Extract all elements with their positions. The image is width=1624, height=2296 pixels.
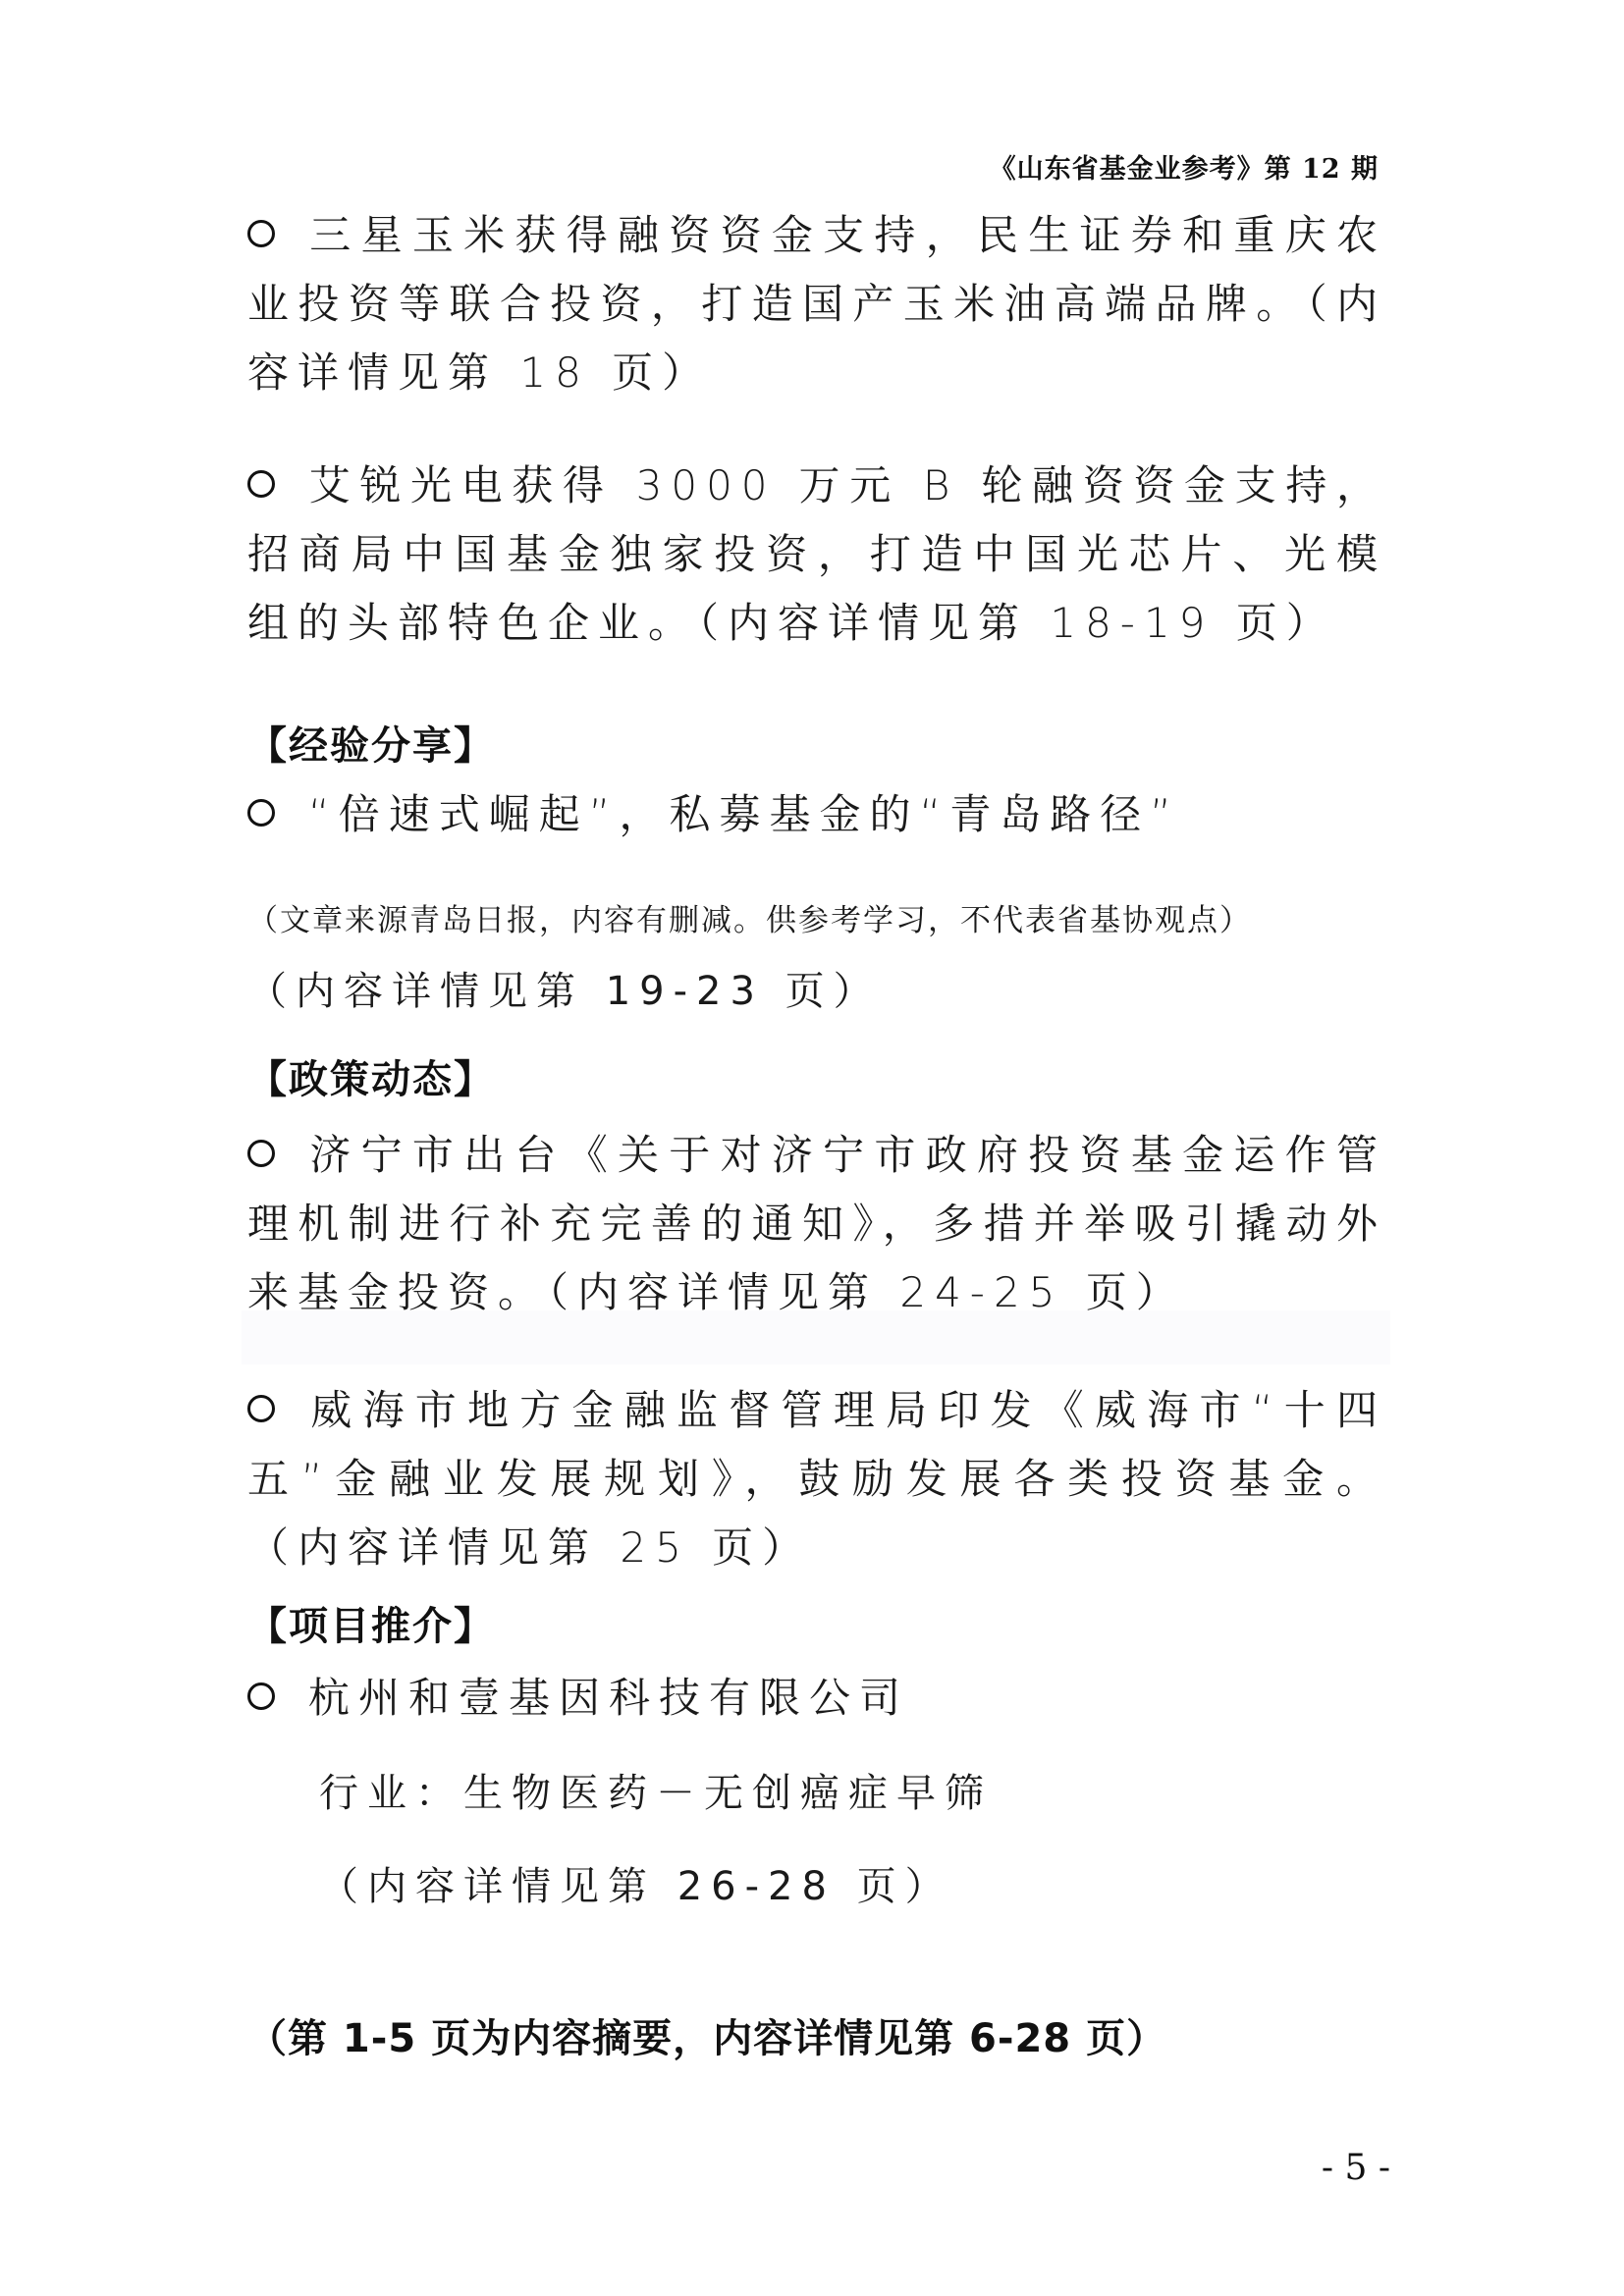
circle-bullet-icon	[247, 1140, 275, 1167]
circle-bullet-icon	[247, 1395, 275, 1422]
news-item: 三星玉米获得融资资金支持，民生证券和重庆农业投资等联合投资，打造国产玉米油高端品…	[247, 201, 1386, 407]
document-page: 《山东省基金业参考》第 12 期 三星玉米获得融资资金支持，民生证券和重庆农业投…	[0, 0, 1624, 2296]
policy-item-text: 济宁市出台《关于对济宁市政府投资基金运作管理机制进行补充完善的通知》，多措并举吸…	[247, 1131, 1386, 1316]
running-header: 《山东省基金业参考》第 12 期	[990, 147, 1379, 186]
circle-bullet-icon	[247, 220, 275, 247]
circle-bullet-icon	[247, 1682, 275, 1710]
policy-item-text: 威海市地方金融监督管理局印发《威海市“十四五”金融业发展规划》，鼓励发展各类投资…	[247, 1386, 1386, 1572]
section-heading-experience: 【经验分享】	[247, 715, 495, 771]
circle-bullet-icon	[247, 470, 275, 498]
circle-bullet-icon	[247, 799, 275, 827]
section-heading-projects: 【项目推介】	[247, 1595, 495, 1651]
policy-item: 济宁市出台《关于对济宁市政府投资基金运作管理机制进行补充完善的通知》，多措并举吸…	[247, 1121, 1386, 1327]
project-industry: 行业：生物医药－无创癌症早筛	[319, 1762, 1458, 1818]
experience-item-title: “倍速式崛起”，私募基金的“青岛路径”	[308, 790, 1180, 838]
summary-note: （第 1-5 页为内容摘要，内容详情见第 6-28 页）	[247, 2007, 1166, 2063]
news-item-text: 艾锐光电获得 3000 万元 B 轮融资资金支持，招商局中国基金独家投资，打造中…	[247, 461, 1386, 647]
news-item-text: 三星玉米获得融资资金支持，民生证券和重庆农业投资等联合投资，打造国产玉米油高端品…	[247, 211, 1386, 397]
project-company: 杭州和壹基因科技有限公司	[308, 1674, 909, 1722]
project-ref: （内容详情见第 26-28 页）	[319, 1855, 1458, 1911]
policy-item: 威海市地方金融监督管理局印发《威海市“十四五”金融业发展规划》，鼓励发展各类投资…	[247, 1376, 1386, 1582]
source-note: （文章来源青岛日报，内容有删减。供参考学习，不代表省基协观点）	[247, 895, 1386, 939]
scan-artifact-band	[242, 1310, 1390, 1364]
page-number: - 5 -	[1322, 2148, 1390, 2188]
experience-item: “倍速式崛起”，私募基金的“青岛路径”	[247, 780, 1386, 849]
project-item: 杭州和壹基因科技有限公司	[247, 1664, 1386, 1733]
experience-ref: （内容详情见第 19-23 页）	[247, 960, 1386, 1016]
news-item: 艾锐光电获得 3000 万元 B 轮融资资金支持，招商局中国基金独家投资，打造中…	[247, 452, 1386, 658]
section-heading-policy: 【政策动态】	[247, 1048, 495, 1104]
